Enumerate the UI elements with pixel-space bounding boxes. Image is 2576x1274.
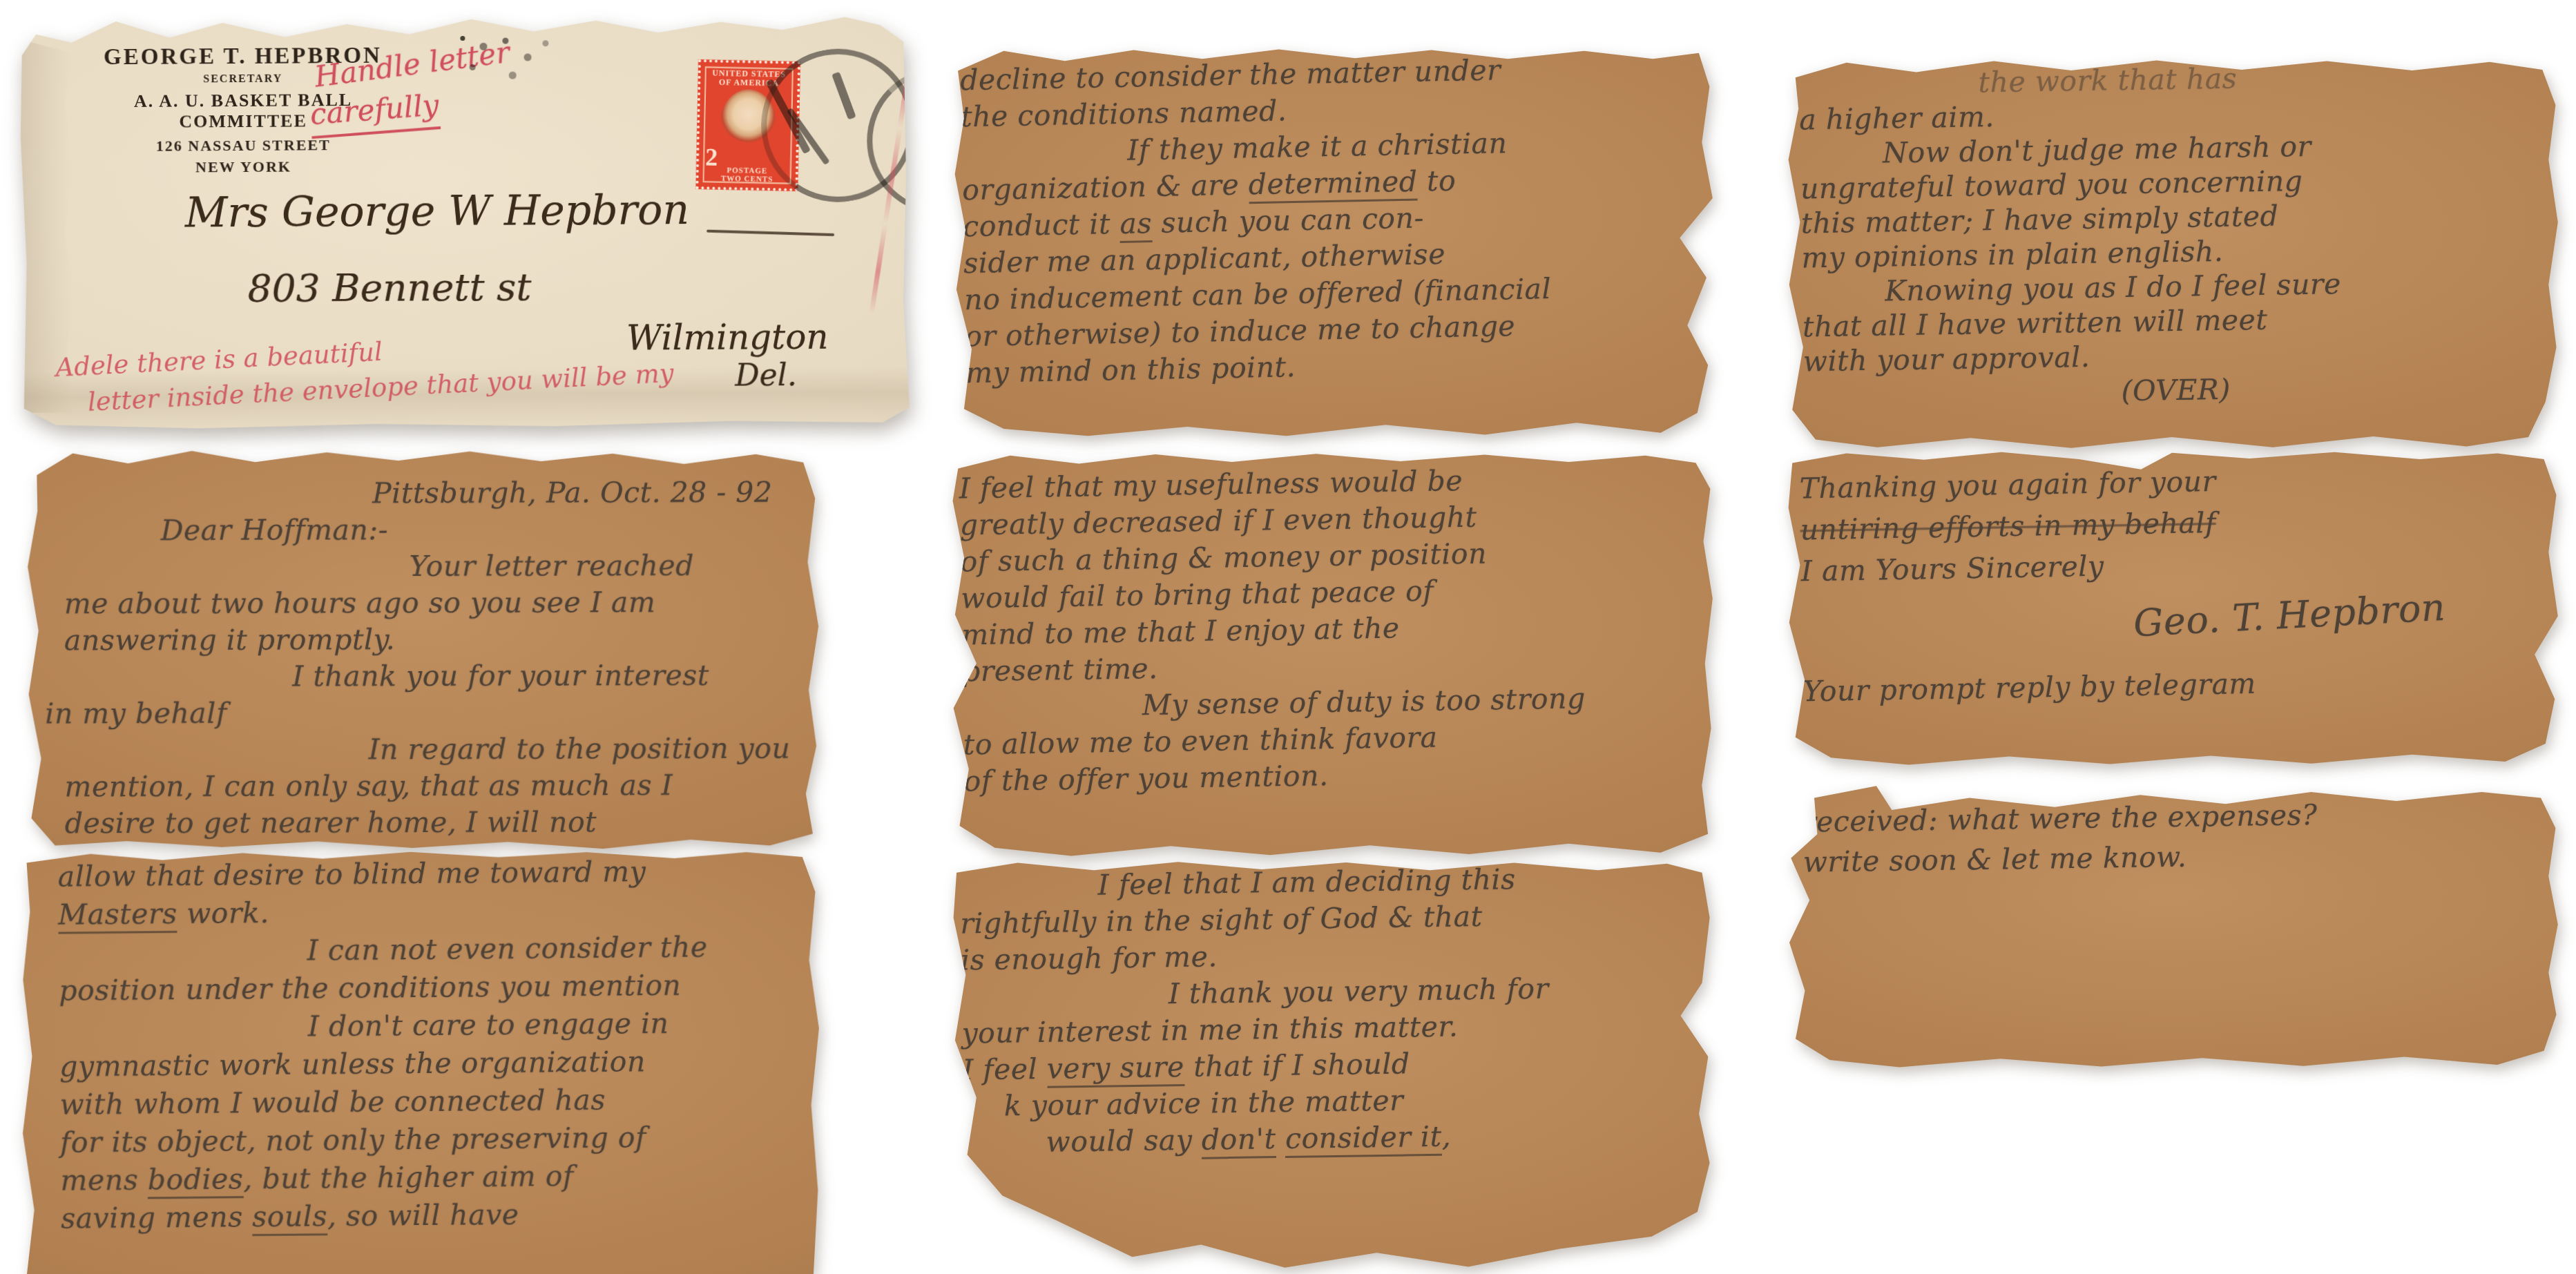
letter-page2-lower: I feel that I am deciding thisrightfully…: [949, 860, 1713, 1269]
letter-page3-postscript: received: what were the expenses?write s…: [1783, 768, 2559, 1069]
handwritten-line: I don't care to engage in: [307, 1003, 791, 1045]
red-note-line: carefully: [309, 85, 441, 139]
handwritten-line: for its object, not only the preserving …: [60, 1117, 792, 1161]
handwriting-block: I feel that my usefulness would begreatl…: [946, 446, 1717, 800]
handwritten-line: I thank you for your interest: [292, 657, 791, 695]
letter-page2-upper: decline to consider the matter underthe …: [950, 47, 1714, 445]
letter-page3-closing: Thanking you again for youruntiring effo…: [1785, 450, 2559, 769]
address-line-state: Del.: [735, 358, 797, 394]
letterhead-street: 126 NASSAU STREET: [95, 136, 392, 156]
handwritten-line: position under the conditions you mentio…: [59, 965, 791, 1010]
postmark-smudge-dots: [460, 36, 465, 41]
handwriting-block: allow that desire to blind me toward myM…: [17, 847, 820, 1238]
address-line-name: Mrs George W Hepbron: [185, 186, 689, 237]
torn-paper: Pittsburgh, Pa. Oct. 28 - 92Dear Hoffman…: [23, 447, 820, 849]
torn-paper: Thanking you again for youruntiring effo…: [1785, 450, 2559, 769]
handwriting-block: Thanking you again for youruntiring effo…: [1782, 443, 2561, 713]
torn-paper: received: what were the expenses?write s…: [1783, 768, 2559, 1069]
handwritten-line: me about two hours ago so you see I am: [64, 584, 791, 623]
handwriting-block: Pittsburgh, Pa. Oct. 28 - 92Dear Hoffman…: [23, 447, 818, 842]
handwritten-line: saving mens souls, so will have: [61, 1193, 793, 1237]
address-line-street: 803 Bennett st: [247, 264, 531, 311]
letter-page2-middle: I feel that my usefulness would begreatl…: [949, 452, 1714, 858]
letter-page3-upper: the work that hasa higher aim.Now don't …: [1785, 58, 2559, 449]
handwriting-block: I feel that I am deciding thisrightfully…: [947, 855, 1715, 1161]
torn-paper: I feel that I am deciding thisrightfully…: [949, 860, 1713, 1269]
letterhead-city: NEW YORK: [95, 157, 392, 177]
handwritten-line: with whom I would be connected has: [59, 1079, 791, 1123]
letter-page1-upper: Pittsburgh, Pa. Oct. 28 - 92Dear Hoffman…: [23, 447, 820, 849]
handwritten-line: desire to get nearer home, I will not: [65, 804, 791, 842]
torn-paper: decline to consider the matter underthe …: [950, 47, 1714, 445]
handwritten-line: mention, I can only say, that as much as…: [64, 767, 791, 806]
handwritten-line: Geo. T. Hepbron: [2133, 581, 2547, 644]
handwritten-line: Pittsburgh, Pa. Oct. 28 - 92: [64, 474, 790, 513]
envelope-paper: GEORGE T. HEPBRON SECRETARY A. A. U. BAS…: [18, 8, 910, 430]
handwritten-line: in my behalf: [45, 694, 791, 733]
handwritten-line: Your letter reached: [410, 548, 791, 585]
handwriting-block: decline to consider the matter underthe …: [947, 39, 1717, 392]
torn-paper: the work that hasa higher aim.Now don't …: [1785, 58, 2559, 449]
torn-paper: allow that desire to blind me toward myM…: [19, 849, 820, 1274]
handwritten-line: answering it promptly.: [64, 621, 791, 659]
handwritten-line: mens bodies, but the higher aim of: [60, 1155, 792, 1199]
handwriting-block: received: what were the expenses?write s…: [1782, 762, 2560, 882]
handwritten-line: gymnastic work unless the organization: [59, 1041, 791, 1085]
handwritten-line: I can not even consider the: [307, 927, 790, 969]
handwriting-block: the work that hasa higher aim.Now don't …: [1782, 52, 2562, 414]
envelope: GEORGE T. HEPBRON SECRETARY A. A. U. BAS…: [18, 8, 910, 430]
handwritten-line: Masters work.: [58, 889, 790, 934]
handwritten-line: allow that desire to blind me toward my: [58, 851, 790, 896]
handwritten-line: In regard to the position you: [368, 731, 791, 769]
handwritten-line: Dear Hoffman:-: [161, 511, 791, 549]
torn-paper: I feel that my usefulness would begreatl…: [949, 452, 1714, 858]
pen-flourish: [707, 230, 834, 236]
letter-page1-lower: allow that desire to blind me toward myM…: [19, 849, 820, 1274]
handwritten-line: Your prompt reply by telegram: [1803, 658, 2548, 713]
scanned-letter-collage: GEORGE T. HEPBRON SECRETARY A. A. U. BAS…: [0, 0, 2576, 1274]
